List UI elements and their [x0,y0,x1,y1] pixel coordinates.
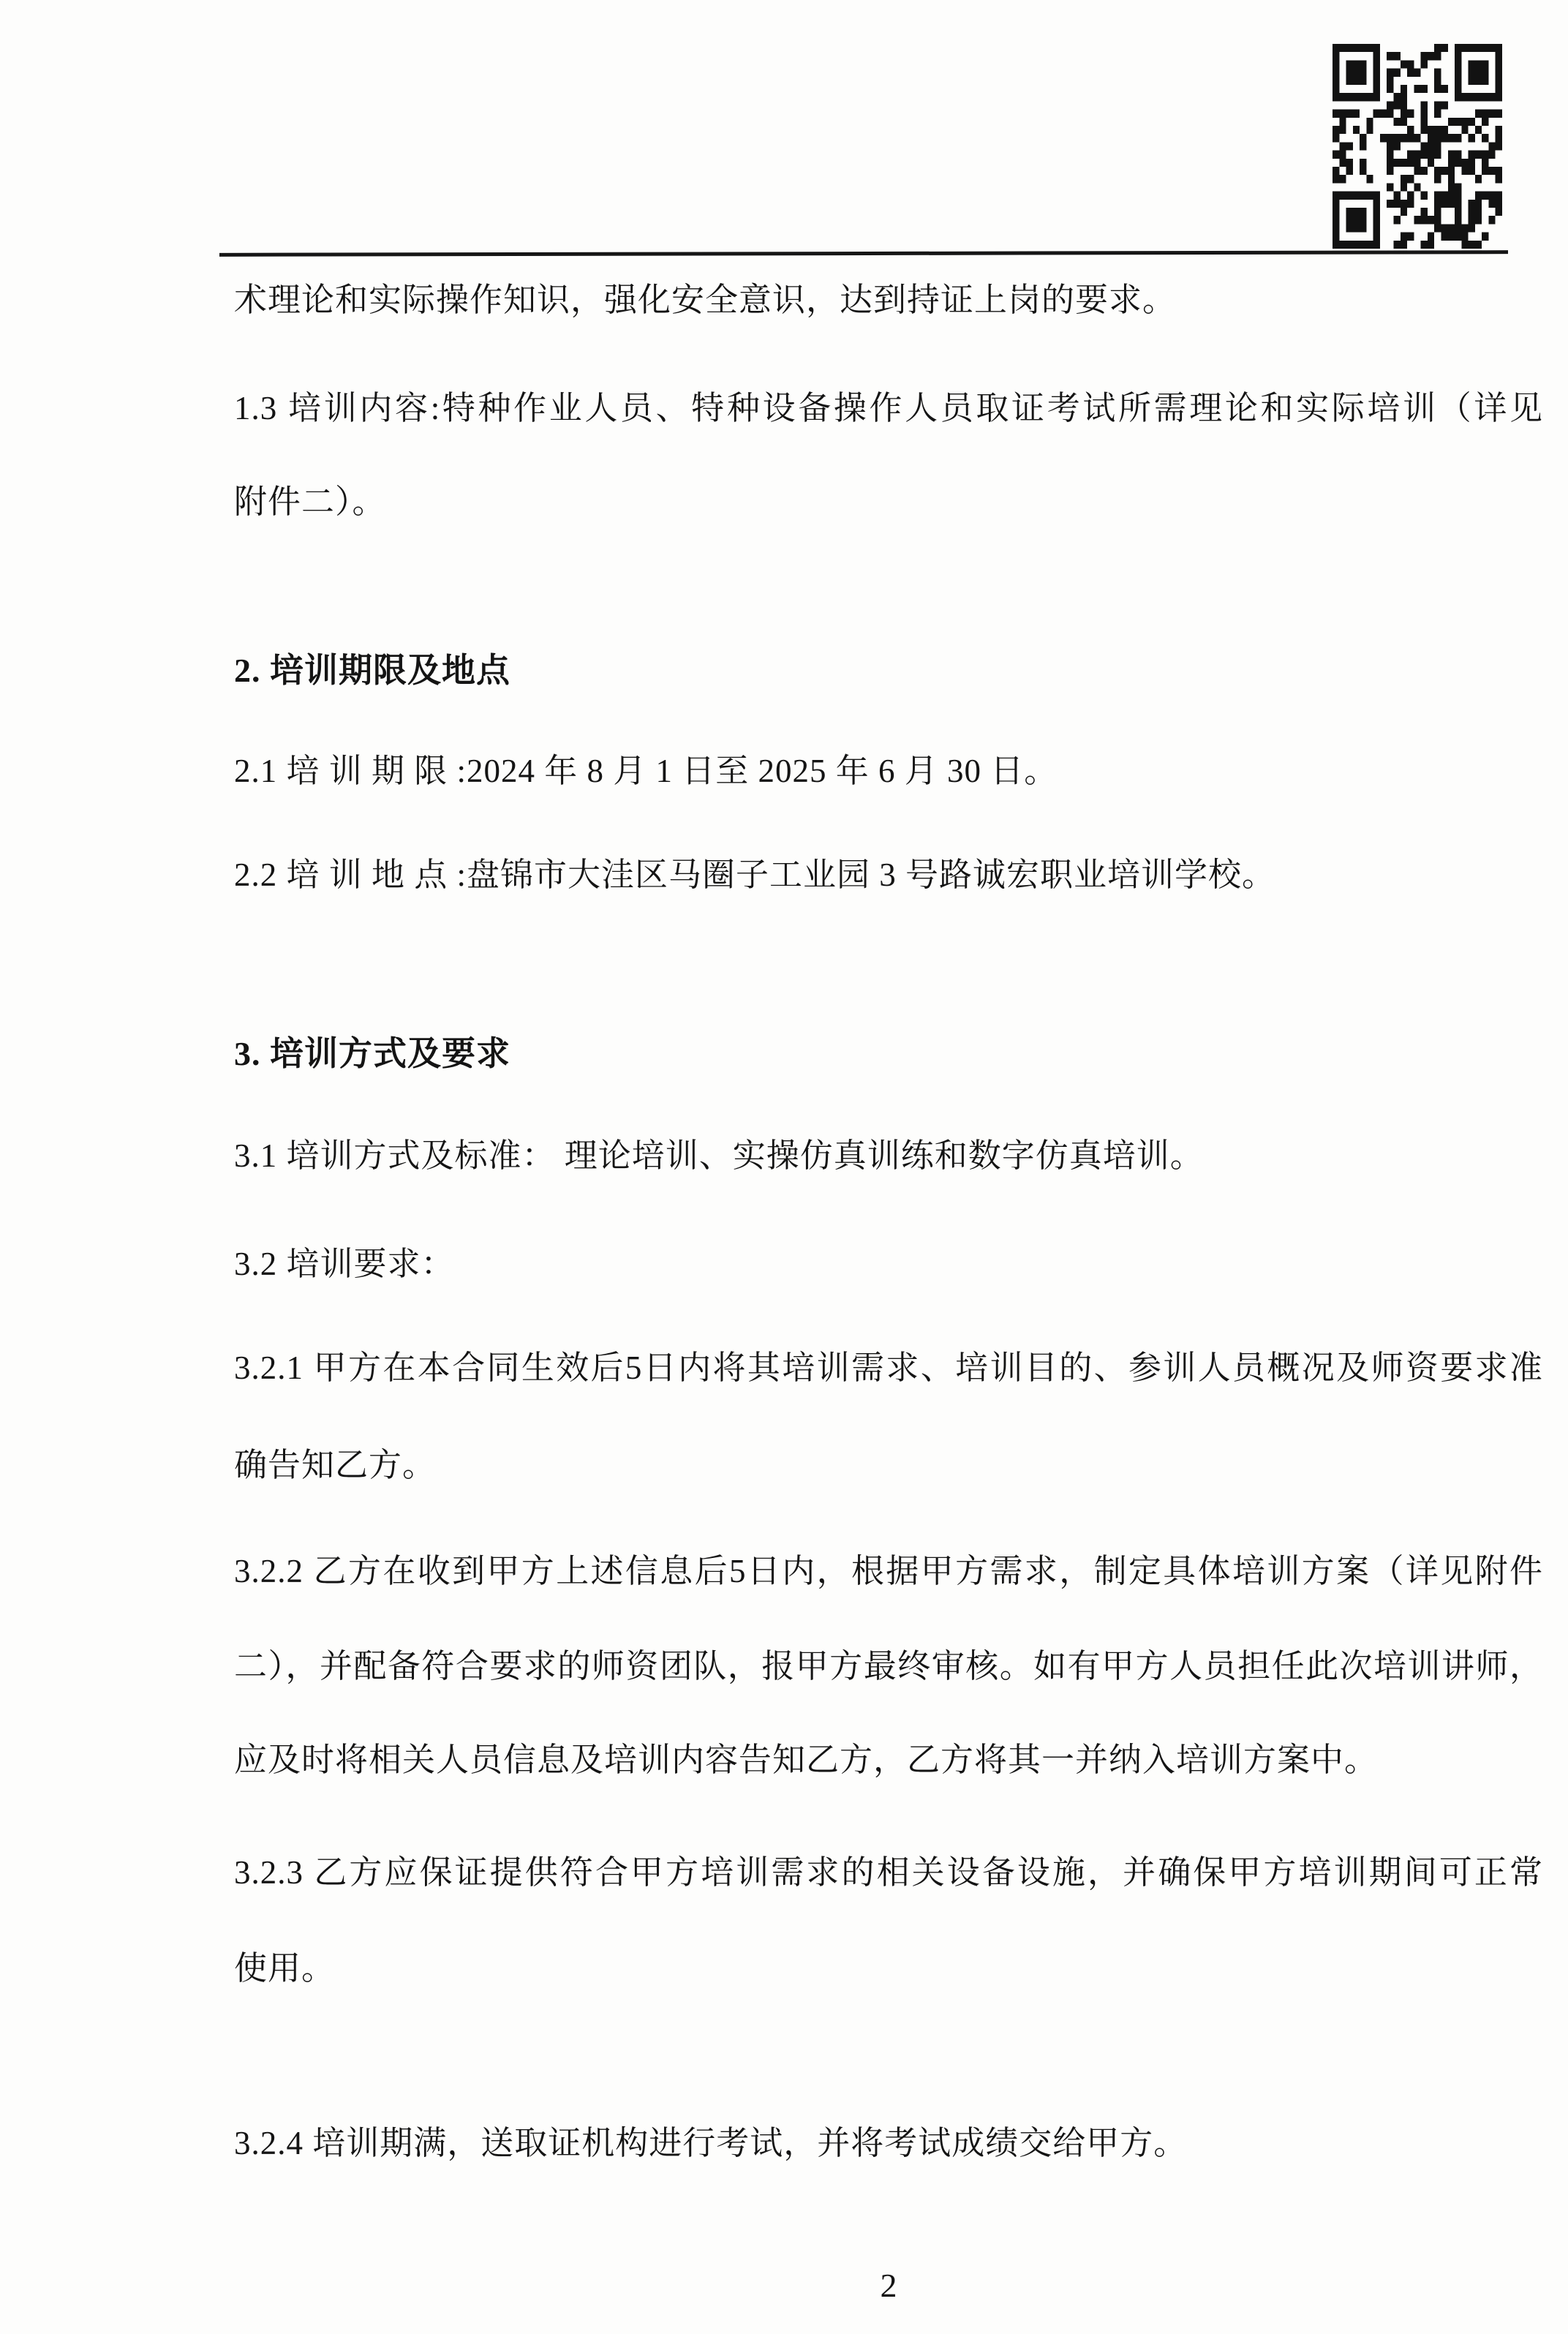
paragraph-line: 3.2.4 培训期满，送取证机构进行考试，并将考试成绩交给甲方。 [234,2123,1543,2164]
paragraph-line: 3.2 培训要求： [234,1243,1543,1284]
paragraph-line: 3.2.3 乙方应保证提供符合甲方培训需求的相关设备设施，并确保甲方培训期间可正… [234,1852,1543,1893]
paragraph-line: 术理论和实际操作知识，强化安全意识，达到持证上岗的要求。 [234,279,1543,320]
header-divider-line [219,250,1508,257]
paragraph-line: 3.2.1 甲方在本合同生效后5日内将其培训需求、培训目的、参训人员概况及师资要… [234,1347,1543,1388]
paragraph-line: 附件二）。 [234,481,1543,522]
paragraph-line: 确告知乙方。 [234,1445,1543,1486]
section-heading: 3. 培训方式及要求 [234,1033,1543,1075]
paragraph-line: 1.3 培训内容:特种作业人员、特种设备操作人员取证考试所需理论和实际培训（详见 [234,388,1543,429]
paragraph-line: 2.1 培 训 期 限 :2024 年 8 月 1 日至 2025 年 6 月 … [234,750,1543,791]
scanned-document-page: 术理论和实际操作知识，强化安全意识，达到持证上岗的要求。 1.3 培训内容:特种… [0,0,1568,2334]
paragraph-line: 2.2 培 训 地 点 :盘锦市大洼区马圈子工业园 3 号路诚宏职业培训学校。 [234,854,1543,895]
paragraph-line: 应及时将相关人员信息及培训内容告知乙方，乙方将其一并纳入培训方案中。 [234,1739,1543,1780]
section-heading: 2. 培训期限及地点 [234,650,1543,692]
paragraph-line: 使用。 [234,1948,1543,1989]
page-number: 2 [234,2266,1543,2305]
paragraph-line: 3.2.2 乙方在收到甲方上述信息后5日内，根据甲方需求，制定具体培训方案（详见… [234,1551,1543,1592]
paragraph-line: 3.1 培训方式及标准： 理论培训、实操仿真训练和数字仿真培训。 [234,1135,1543,1176]
paragraph-line: 二），并配备符合要求的师资团队，报甲方最终审核。如有甲方人员担任此次培训讲师， [234,1646,1543,1687]
qr-code-icon [1333,44,1502,249]
